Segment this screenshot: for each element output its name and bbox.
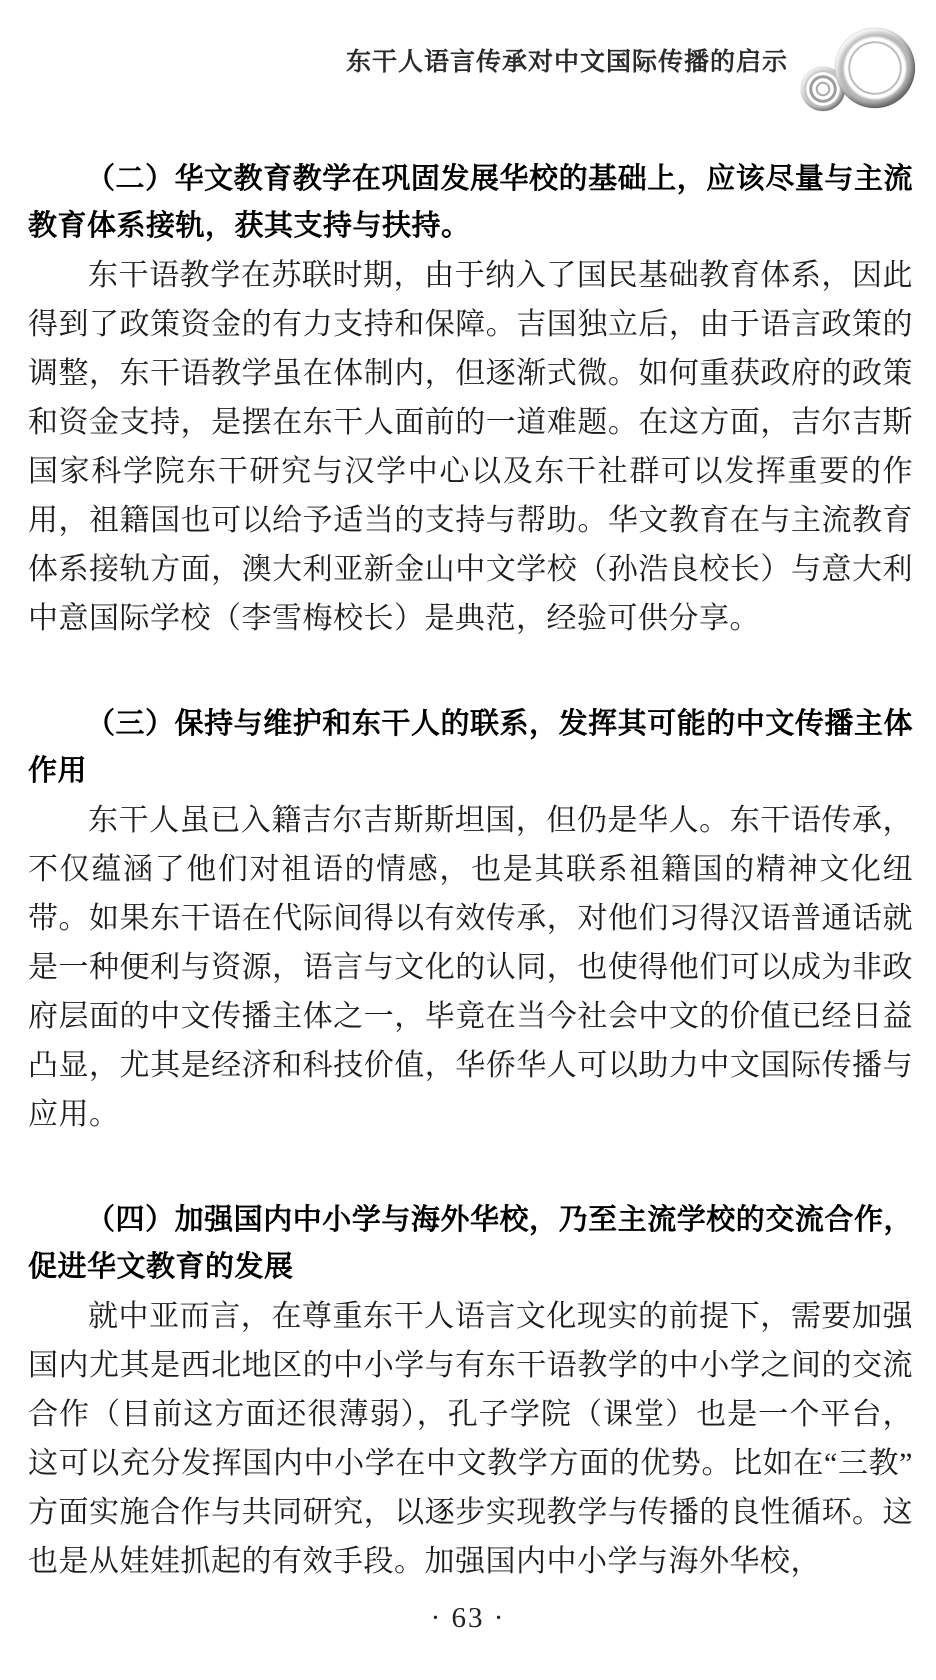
section-heading-2: （二）华文教育教学在巩固发展华校的基础上，应该尽量与主流教育体系接轨，获其支持与… — [28, 156, 913, 250]
page-number: · 63 · — [0, 1602, 936, 1635]
section-2-paragraph: 东干语教学在苏联时期，由于纳入了国民基础教育体系，因此得到了政策资金的有力支持和… — [28, 251, 913, 643]
page-header: 东干人语言传承对中文国际传播的启示 — [0, 0, 936, 122]
book-page: 东干人语言传承对中文国际传播的启示 （二）华文教育教学在巩固发展华校的基础上，应… — [0, 0, 936, 1680]
decorative-rings-logo — [801, 26, 915, 112]
section-heading-4: （四）加强国内中小学与海外华校，乃至主流学校的交流合作，促进华文教育的发展 — [28, 1197, 913, 1291]
section-4-paragraph: 就中亚而言，在尊重东干人语言文化现实的前提下，需要加强国内尤其是西北地区的中小学… — [28, 1292, 913, 1586]
section-3-paragraph: 东干人虽已入籍吉尔吉斯斯坦国，但仍是华人。东干语传承，不仅蕴涵了他们对祖语的情感… — [28, 796, 913, 1139]
section-heading-3: （三）保持与维护和东干人的联系，发挥其可能的中文传播主体作用 — [28, 701, 913, 795]
large-ring-icon — [835, 28, 915, 108]
page-footer: · 63 · — [0, 1602, 936, 1635]
running-head-title: 东干人语言传承对中文国际传播的启示 — [346, 42, 788, 78]
page-body: （二）华文教育教学在巩固发展华校的基础上，应该尽量与主流教育体系接轨，获其支持与… — [0, 156, 936, 1586]
